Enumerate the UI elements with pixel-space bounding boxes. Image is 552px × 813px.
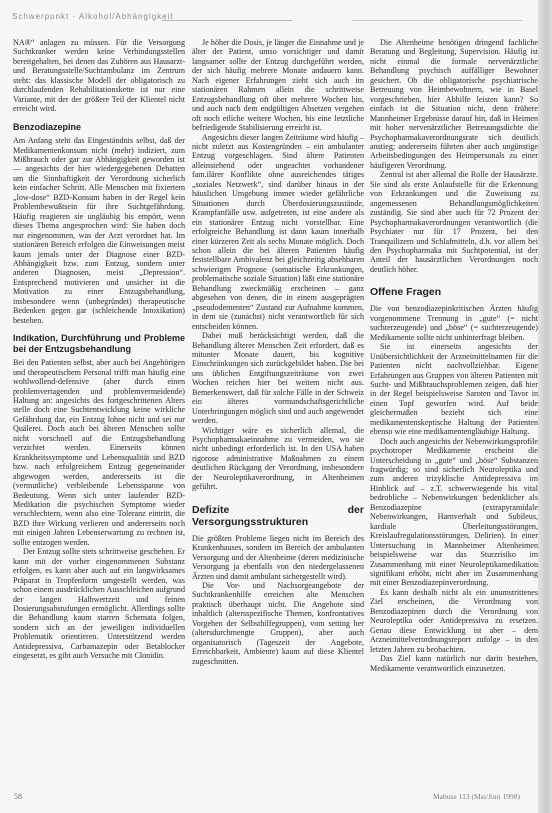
body-paragraph: Wichtiger wäre es sicherlich allemal, di…	[192, 426, 364, 492]
section-heading: Offene Fragen	[370, 286, 538, 298]
column-3: Die Altenheime benötigen dringend fachli…	[370, 38, 538, 673]
body-paragraph: Die Altenheime benötigen dringend fachli…	[370, 38, 538, 170]
body-paragraph: Bei den Patienten selbst, aber auch bei …	[13, 358, 185, 547]
section-heading: Defizite der Versorgungsstrukturen	[192, 504, 364, 528]
body-paragraph: Doch auch angesichts der Nebenwirkungspr…	[370, 437, 538, 588]
section-title: Schwerpunkt · Alkohol/Abhängigkeit	[12, 12, 174, 21]
body-paragraph: Am Anfang steht das Eingeständnis selbst…	[13, 136, 185, 325]
section-heading: Indikation, Durchführung und Probleme be…	[13, 333, 185, 354]
body-paragraph: NA®“ anlagen zu müssen. Für die Versorgu…	[13, 38, 185, 114]
page-number: 58	[14, 792, 22, 801]
header-rule	[162, 20, 292, 21]
journal-citation: Mabuse 113 (Mai/Juni 1998)	[433, 792, 520, 801]
body-paragraph: Der Entzug sollte stets schrittweise ges…	[13, 547, 185, 660]
body-paragraph: Angesichts dieser langen Zeiträume wird …	[192, 133, 364, 332]
page-gutter-shadow	[538, 0, 552, 813]
document-page: Schwerpunkt · Alkohol/Abhängigkeit NA®“ …	[0, 0, 538, 813]
body-paragraph: Dabei muß berücksichtigt werden, daß die…	[192, 331, 364, 426]
running-header: Schwerpunkt · Alkohol/Abhängigkeit	[12, 12, 532, 26]
column-1: NA®“ anlagen zu müssen. Für die Versorgu…	[13, 38, 185, 661]
body-paragraph: Je höher die Dosis, je länger die Einnah…	[192, 38, 364, 133]
header-rule-right	[352, 20, 522, 21]
body-paragraph: Das Ziel kann natürlich nur darin besteh…	[370, 654, 538, 673]
body-paragraph: Zentral ist aber allemal die Rolle der H…	[370, 170, 538, 274]
body-paragraph: Sie ist einerseits angesichts der Unüber…	[370, 342, 538, 437]
body-paragraph: Es kann deshalb nicht als ein unumstritt…	[370, 588, 538, 654]
section-heading: Benzodiazepine	[13, 122, 185, 133]
body-paragraph: Die Vor- und Nachsorgeangebote der Sucht…	[192, 581, 364, 666]
body-paragraph: Die größten Probleme liegen nicht im Ber…	[192, 534, 364, 581]
body-paragraph: Die von benzodiazepinkritischen Ärzten h…	[370, 304, 538, 342]
column-2: Je höher die Dosis, je länger die Einnah…	[192, 38, 364, 666]
